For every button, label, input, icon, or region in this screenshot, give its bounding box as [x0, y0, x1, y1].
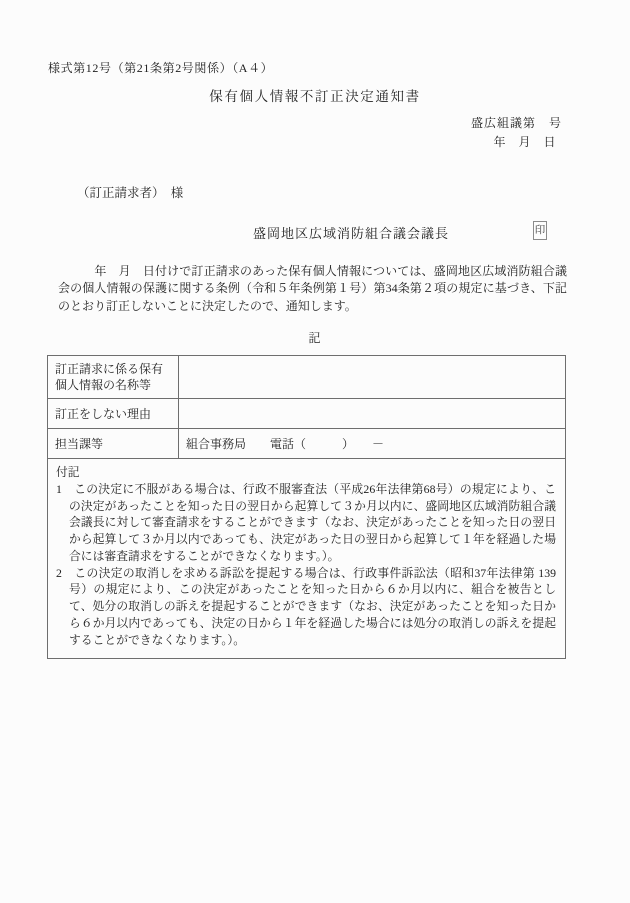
- row-value-information-name: [179, 356, 566, 399]
- row-label-information-name: 訂正請求に係る保有個人情報の名称等: [48, 356, 179, 399]
- row-value-reason: [179, 399, 566, 429]
- note-item-lawsuit: 2 この決定の取消しを求める訴訟を提起する場合は、行政事件訴訟法（昭和37年法律…: [56, 565, 556, 649]
- date-line: 年 月 日: [493, 133, 556, 150]
- note-item-appeal: 1 この決定に不服がある場合は、行政不服審査法（平成26年法律第68号）の規定に…: [56, 481, 556, 565]
- notes-cell: 付記 1 この決定に不服がある場合は、行政不服審査法（平成26年法律第68号）の…: [48, 459, 566, 659]
- seal-stamp-box: 印: [533, 221, 547, 240]
- table-row-contact-desk: 担当課等 組合事務局 電話（ ） －: [48, 429, 566, 459]
- table-row-notes: 付記 1 この決定に不服がある場合は、行政不服審査法（平成26年法律第68号）の…: [48, 459, 566, 659]
- document-page: 様式第12号（第21条第2号関係）（A４） 保有個人情報不訂正決定通知書 盛広組…: [0, 0, 630, 903]
- table-row-reason: 訂正をしない理由: [48, 399, 566, 429]
- row-label-contact-desk: 担当課等: [48, 429, 179, 459]
- document-title: 保有個人情報不訂正決定通知書: [0, 85, 630, 105]
- row-value-contact-desk: 組合事務局 電話（ ） －: [179, 429, 566, 459]
- notice-table: 訂正請求に係る保有個人情報の名称等 訂正をしない理由 担当課等 組合事務局 電話…: [47, 355, 566, 659]
- row-label-reason: 訂正をしない理由: [48, 399, 179, 429]
- form-number: 様式第12号（第21条第2号関係）（A４）: [48, 59, 273, 76]
- table-row-information-name: 訂正請求に係る保有個人情報の名称等: [48, 356, 566, 399]
- sender-title: 盛岡地区広域消防組合議会議長: [253, 223, 449, 242]
- annex-marker: 記: [0, 329, 630, 346]
- document-number-line: 盛広組議第 号: [471, 114, 562, 131]
- body-paragraph: 年 月 日付けで訂正請求のあった保有個人情報については、盛岡地区広域消防組合議会…: [58, 263, 567, 315]
- addressee-line: （訂正請求者） 様: [77, 183, 183, 201]
- notes-title: 付記: [56, 464, 556, 481]
